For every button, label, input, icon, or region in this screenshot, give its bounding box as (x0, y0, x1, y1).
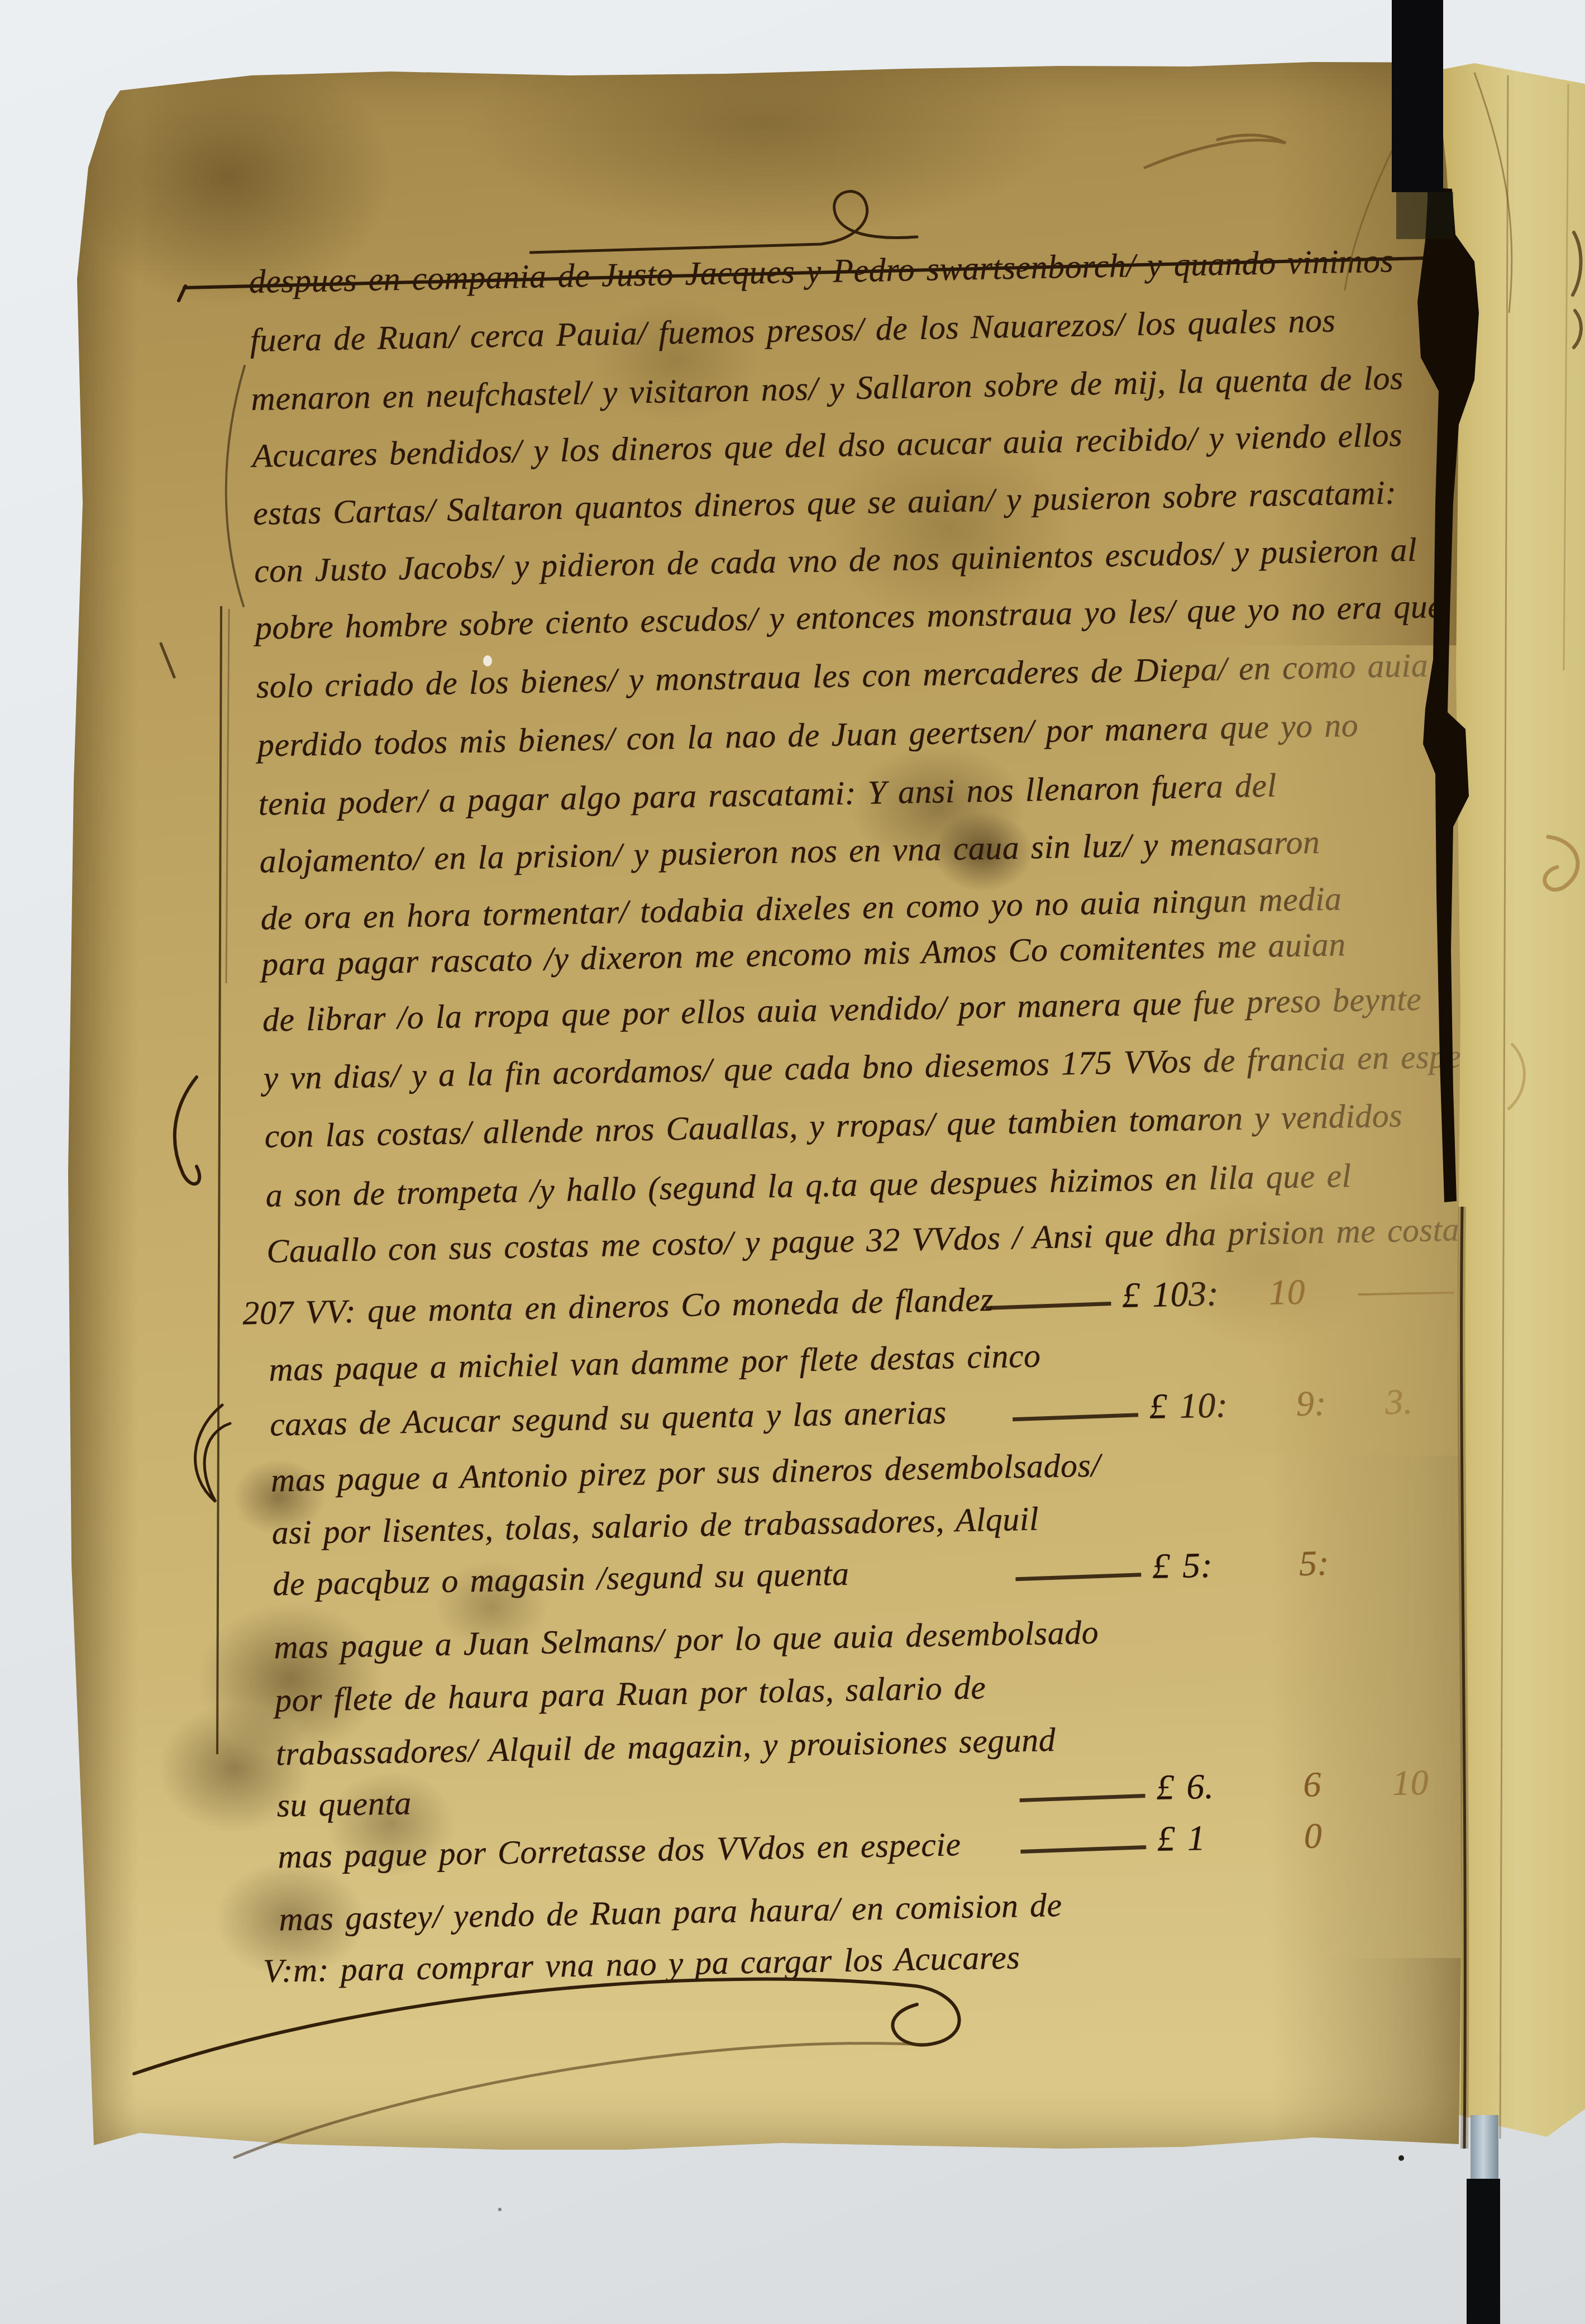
text-line: 207 VV: que monta en dineros Co moneda d… (242, 1280, 994, 1348)
text-line-content: 207 VV: que monta en dineros Co moneda d… (242, 1281, 994, 1332)
amount-pounds: £ 5: (1152, 1545, 1213, 1587)
ink-fade-overlay (1162, 645, 1497, 1455)
manuscript-page: despues en compania de Justo Jacques y P… (67, 59, 1466, 2151)
text-line-content: mas pague a Juan Selmans/ por lo que aui… (274, 1614, 1099, 1666)
dust-speck (498, 2208, 502, 2211)
paper-fleck (483, 655, 492, 666)
text-line-content: mas gastey/ yendo de Ruan para haura/ en… (279, 1887, 1062, 1938)
ribbon-shadow-tail (1396, 192, 1453, 239)
text-line-content: su quenta (276, 1784, 412, 1823)
text-line: su quenta£ 6.610 (276, 1784, 412, 1840)
text-line: caxas de Acucar segund su quenta y las a… (269, 1393, 947, 1459)
dash-line (1013, 1413, 1138, 1421)
text-line: de pacqbuz o magasin /segund su quenta£ … (273, 1555, 850, 1619)
manuscript-scan: despues en compania de Justo Jacques y P… (0, 0, 1585, 2324)
dash-line (985, 1302, 1111, 1310)
dash-line (1020, 1794, 1145, 1802)
black-ribbon-bookmark (1392, 0, 1443, 192)
text-line-content: despues en compania de Justo Jacques y P… (249, 242, 1394, 300)
book-rod-metal (1471, 2115, 1498, 2182)
dust-speck (1398, 2155, 1404, 2161)
dash-line (1020, 1845, 1146, 1854)
amount-pounds: £ 1 (1157, 1817, 1206, 1860)
dash-line (1015, 1573, 1141, 1581)
book-rod-black-tip (1467, 2179, 1500, 2324)
amount-pounds: £ 6. (1156, 1766, 1214, 1808)
